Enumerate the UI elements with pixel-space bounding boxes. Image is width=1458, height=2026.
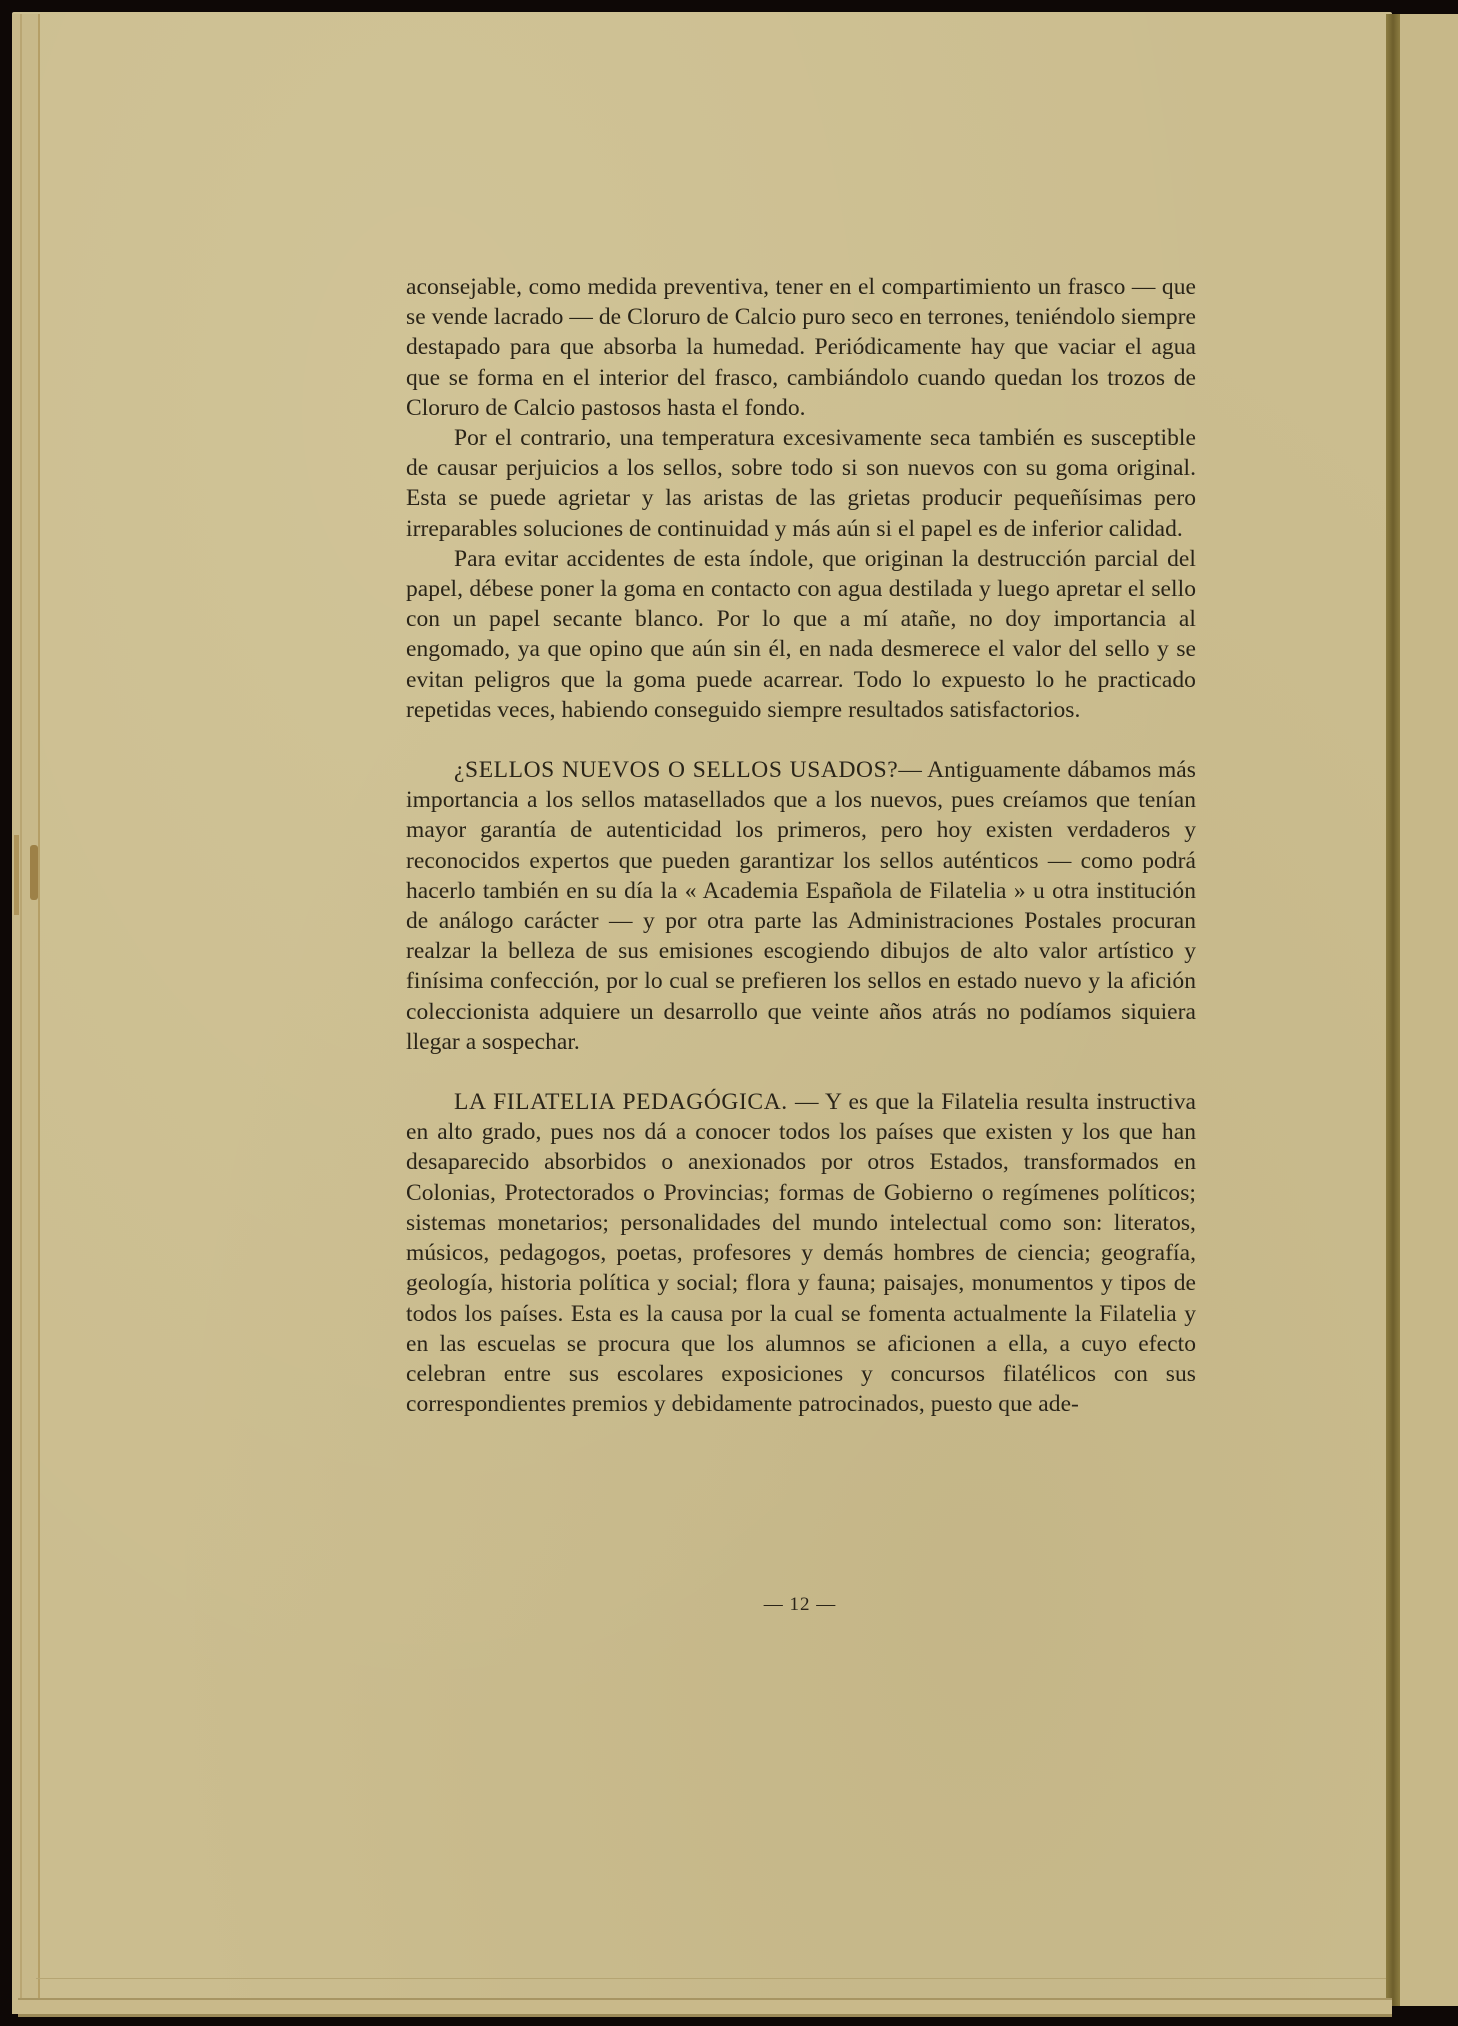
paragraph-dry-temperature: Por el contrario, una temperatura excesi… — [406, 423, 1196, 544]
page-stack-bottom-edge — [18, 1998, 1392, 2017]
body-text: aconsejable, como medida preventiva, ten… — [406, 272, 1196, 1419]
page-deckle-line — [36, 1978, 1386, 1979]
section-body-new-or-used: — Antiguamente dábamos más importancia a… — [406, 757, 1196, 1055]
section-heading-new-or-used: ¿SELLOS NUEVOS O SELLOS USADOS? — [454, 757, 898, 783]
paragraph-avoid-accidents: Para evitar accidentes de esta índole, q… — [406, 544, 1196, 725]
section-body-pedagogical: — Y es que la Filatelia resulta instruct… — [406, 1089, 1196, 1417]
section-new-or-used-stamps: ¿SELLOS NUEVOS O SELLOS USADOS?— Antigua… — [406, 755, 1196, 1057]
page-stack-left-edge — [12, 14, 40, 2014]
section-pedagogical-philately: LA FILATELIA PEDAGÓGICA. — Y es que la F… — [406, 1087, 1196, 1419]
paragraph-calcium-chloride: aconsejable, como medida preventiva, ten… — [406, 272, 1196, 423]
paper-stain-outer — [14, 835, 19, 915]
book-gutter — [1386, 14, 1400, 2006]
paper-stain — [30, 845, 38, 900]
page-number: — 12 — — [740, 1594, 860, 1616]
section-heading-pedagogical: LA FILATELIA PEDAGÓGICA. — [454, 1089, 788, 1115]
adjacent-page-edge — [1400, 14, 1458, 2006]
